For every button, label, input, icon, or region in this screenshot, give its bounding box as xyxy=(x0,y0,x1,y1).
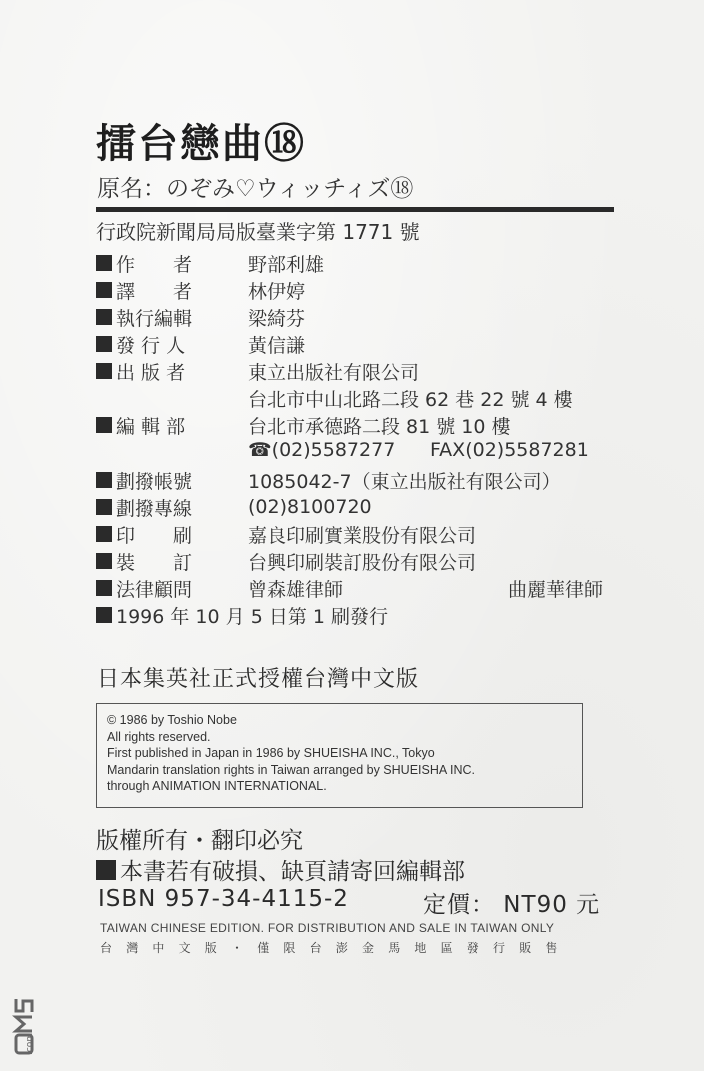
bullet-square-icon xyxy=(96,580,112,596)
bullet-square-icon xyxy=(96,336,112,352)
credit-value-secondary: 曲麗華律師 xyxy=(508,575,603,602)
bullet-square-icon xyxy=(96,607,112,623)
credit-row-publisher: 出 版 者 東立出版社有限公司 xyxy=(96,358,236,384)
credit-label: 出 版 者 xyxy=(116,358,236,385)
credit-label: 裝 訂 xyxy=(116,548,236,575)
publish-date: 1996 年 10 月 5 日第 1 刷發行 xyxy=(116,602,388,629)
bullet-square-icon xyxy=(96,255,112,271)
credit-row-binding: 裝 訂 台興印刷裝訂股份有限公司 xyxy=(96,548,236,574)
edition-notice-chinese: 台灣中文版・僅限台澎金馬地區發行販售 xyxy=(100,939,572,956)
original-title: 原名：のぞみ♡ウィッチィズ⑱ xyxy=(97,170,413,203)
damage-notice: 本書若有破損、缺頁請寄回編輯部 xyxy=(120,853,465,886)
credit-row-printing: 印 刷 嘉良印刷實業股份有限公司 xyxy=(96,521,236,547)
title-divider xyxy=(96,207,614,212)
bullet-square-icon xyxy=(96,363,112,379)
credit-value: 野部利雄 xyxy=(248,250,324,277)
credit-row-issuer: 發 行 人 黃信謙 xyxy=(96,331,236,357)
credit-value: 嘉良印刷實業股份有限公司 xyxy=(248,521,476,548)
bullet-square-icon xyxy=(96,472,112,488)
credit-value: 東立出版社有限公司 xyxy=(248,358,419,385)
credit-label: 法律顧問 xyxy=(116,575,236,602)
bullet-square-icon xyxy=(96,309,112,325)
editorial-fax: FAX(02)5587281 xyxy=(430,439,589,461)
editorial-phone: ☎(02)5587277 xyxy=(248,439,395,461)
credit-label: 譯 者 xyxy=(116,277,236,304)
credit-label: 劃撥帳號 xyxy=(116,467,236,494)
credit-value: 曾森雄律師 xyxy=(248,575,343,602)
authorization-statement: 日本集英社正式授權台灣中文版 xyxy=(97,662,419,693)
credit-row-translator: 譯 者 林伊婷 xyxy=(96,277,236,303)
copyright-line: All rights reserved. xyxy=(107,729,582,746)
credit-row-author: 作 者 野部利雄 xyxy=(96,250,236,276)
copyright-line: Mandarin translation rights in Taiwan ar… xyxy=(107,762,582,779)
credit-row-editorial-dept: 編 輯 部 台北市承德路二段 81 號 10 樓 xyxy=(96,412,236,438)
credit-value: 1085042-7（東立出版社有限公司） xyxy=(248,467,561,494)
copyright-line: through ANIMATION INTERNATIONAL. xyxy=(107,778,582,795)
credit-row-editor: 執行編輯 梁綺芬 xyxy=(96,304,236,330)
credit-row-postal-line: 劃撥專線 (02)8100720 xyxy=(96,494,236,520)
credit-label: 執行編輯 xyxy=(116,304,236,331)
copyright-line: First published in Japan in 1986 by SHUE… xyxy=(107,745,582,762)
credit-label: 作 者 xyxy=(116,250,236,277)
credit-row-legal: 法律顧問 曾森雄律師 曲麗華律師 xyxy=(96,575,236,601)
credit-value: 台北市承德路二段 81 號 10 樓 xyxy=(248,412,511,439)
bullet-square-icon xyxy=(96,499,112,515)
registration-number: 行政院新聞局局版臺業字第 1771 號 xyxy=(96,216,420,245)
bullet-square-icon xyxy=(96,282,112,298)
book-title: 擂台戀曲⑱ xyxy=(96,112,306,169)
copyright-box: © 1986 by Toshio Nobe All rights reserve… xyxy=(96,703,583,808)
credit-value: (02)8100720 xyxy=(248,496,372,518)
credit-value: 台興印刷裝訂股份有限公司 xyxy=(248,548,476,575)
dm5-watermark-logo: .com xyxy=(2,960,42,1060)
credit-label: 發 行 人 xyxy=(116,331,236,358)
copyright-line: © 1986 by Toshio Nobe xyxy=(107,712,582,729)
svg-text:.com: .com xyxy=(25,1033,35,1055)
publisher-address: 台北市中山北路二段 62 巷 22 號 4 樓 xyxy=(248,385,573,412)
bullet-square-icon xyxy=(96,417,112,433)
bullet-square-icon xyxy=(96,553,112,569)
price: 定價： NT90 元 xyxy=(423,886,600,919)
isbn: ISBN 957-34-4115-2 xyxy=(98,886,349,912)
credit-value: 林伊婷 xyxy=(248,277,305,304)
bullet-square-icon xyxy=(96,526,112,542)
publish-date-row: 1996 年 10 月 5 日第 1 刷發行 xyxy=(96,602,388,628)
credit-label: 編 輯 部 xyxy=(116,412,236,439)
damage-notice-row: 本書若有破損、缺頁請寄回編輯部 xyxy=(96,853,465,886)
credit-label: 印 刷 xyxy=(116,521,236,548)
credit-value: 黃信謙 xyxy=(248,331,305,358)
edition-notice-english: TAIWAN CHINESE EDITION. FOR DISTRIBUTION… xyxy=(100,921,554,935)
credit-label: 劃撥專線 xyxy=(116,494,236,521)
credit-row-postal-account: 劃撥帳號 1085042-7（東立出版社有限公司） xyxy=(96,467,236,493)
credit-value: 梁綺芬 xyxy=(248,304,305,331)
rights-reserved: 版權所有・翻印必究 xyxy=(96,822,303,855)
bullet-square-icon xyxy=(96,860,116,880)
